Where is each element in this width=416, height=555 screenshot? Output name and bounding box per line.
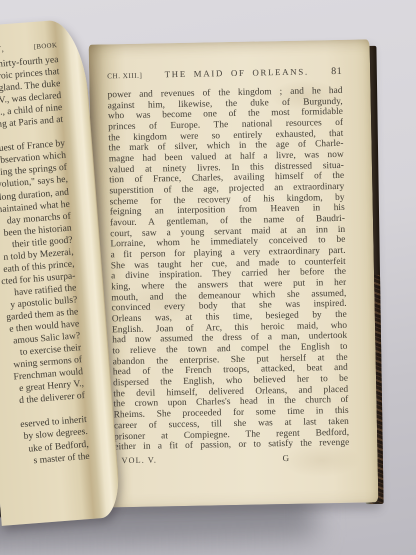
left-header-book-fragment: [BOOK — [34, 42, 58, 51]
left-body-text: he thirty-fourth yeat heroic princes tha… — [0, 54, 90, 470]
book-photo: CH. XIII.] THE MAID OF ORLEANS. 81 power… — [0, 0, 416, 555]
signature-mark: G — [282, 453, 290, 463]
right-page: CH. XIII.] THE MAID OF ORLEANS. 81 power… — [89, 39, 379, 507]
body-text: power and revenues of the kingdom ; and … — [107, 86, 349, 453]
volume-label: VOL. V. — [121, 455, 157, 465]
page-footer: VOL. V. G — [114, 452, 349, 469]
page-title: THE MAID OF ORLEANS. — [165, 67, 309, 80]
running-header: CH. XIII.] THE MAID OF ORLEANS. 81 — [107, 66, 342, 82]
page-number: 81 — [331, 66, 342, 77]
chapter-label: CH. XIII.] — [107, 72, 142, 81]
left-header-title-fragment: ISTORY, — [0, 44, 5, 56]
right-page-content: CH. XIII.] THE MAID OF ORLEANS. 81 power… — [107, 66, 350, 468]
